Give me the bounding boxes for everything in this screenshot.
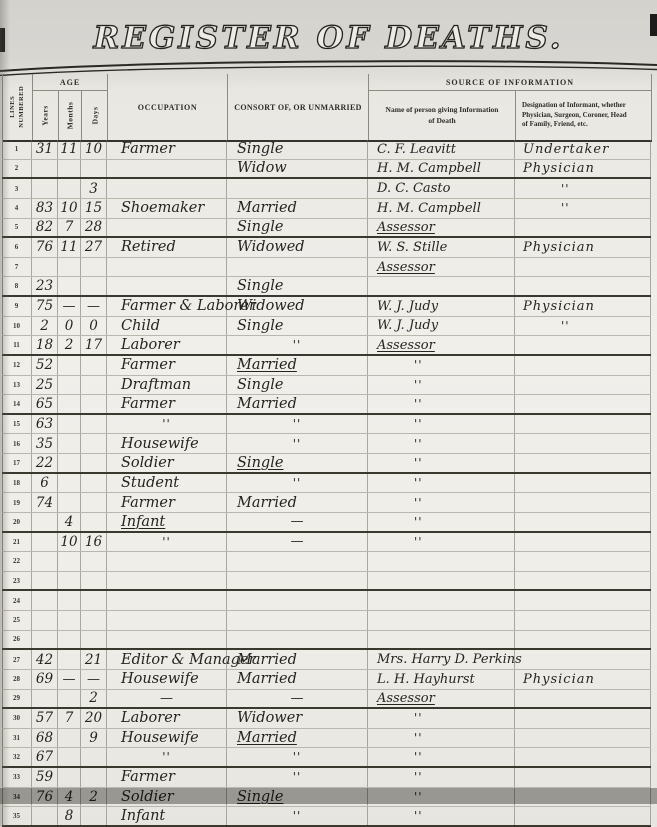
cell-informant: D. C. Casto	[368, 179, 515, 198]
cell-consort: Married	[227, 395, 368, 413]
cell-designation: ''	[515, 199, 651, 218]
cell-years: 83	[32, 199, 58, 218]
cell-years	[32, 179, 58, 198]
cell-days	[81, 552, 107, 571]
cell-years: 74	[32, 493, 58, 512]
column-header-years: Years	[33, 91, 59, 140]
cell-months	[58, 768, 81, 787]
cell-informant: W. J. Judy	[368, 317, 515, 336]
cell-designation	[515, 631, 651, 649]
line-number: 12	[2, 356, 32, 375]
cell-occupation: Soldier	[107, 788, 227, 807]
cell-months: 0	[58, 317, 81, 336]
cell-informant: ''	[368, 376, 515, 395]
cell-informant: ''	[368, 415, 515, 434]
column-header-months: Months	[59, 91, 82, 140]
cell-occupation: ''	[107, 748, 227, 766]
cell-years	[32, 513, 58, 531]
line-number: 14	[2, 395, 32, 413]
cell-consort: Married	[227, 199, 368, 218]
cell-occupation	[107, 552, 227, 571]
cell-informant: ''	[368, 493, 515, 512]
register-row-17: 1722SoldierSingle''	[2, 454, 651, 474]
column-header-days: Days	[82, 91, 108, 140]
cell-years: 35	[32, 434, 58, 453]
cell-months	[58, 395, 81, 413]
column-header-consort: CONSORT OF, OR UNMARRIED	[228, 74, 369, 140]
cell-occupation: Infant	[107, 513, 227, 531]
cell-years: 6	[32, 474, 58, 493]
register-row-29: 292——Assessor	[2, 690, 651, 710]
line-number: 10	[2, 317, 32, 336]
cell-consort: Married	[227, 670, 368, 689]
cell-months: 7	[58, 709, 81, 728]
line-number: 17	[2, 454, 32, 472]
cell-days: 3	[81, 179, 107, 198]
cell-consort: ''	[227, 434, 368, 453]
column-header-lines-numbered: LINES NUMBERED	[3, 74, 33, 140]
line-number: 34	[2, 788, 32, 807]
cell-occupation	[107, 631, 227, 649]
cell-occupation: Shoemaker	[107, 199, 227, 218]
cell-months	[58, 650, 81, 669]
cell-occupation: Editor & Manager	[107, 650, 227, 669]
cell-consort: Widower	[227, 709, 368, 728]
cell-consort	[227, 572, 368, 590]
line-number: 5	[2, 219, 32, 237]
cell-occupation: Farmer	[107, 356, 227, 375]
cell-consort: ''	[227, 336, 368, 354]
cell-informant	[368, 277, 515, 295]
cell-informant: ''	[368, 533, 515, 552]
cell-days	[81, 591, 107, 610]
cell-consort: Single	[227, 317, 368, 336]
cell-occupation: Housewife	[107, 729, 227, 748]
cell-informant: H. M. Campbell	[368, 199, 515, 218]
cell-months	[58, 160, 81, 178]
cell-days: 9	[81, 729, 107, 748]
cell-years: 82	[32, 219, 58, 237]
cell-informant: ''	[368, 454, 515, 472]
register-row-23: 23	[2, 572, 651, 592]
cell-informant: ''	[368, 395, 515, 413]
cell-days: 28	[81, 219, 107, 237]
register-row-4: 4831015ShoemakerMarriedH. M. Campbell''	[2, 199, 651, 219]
cell-months	[58, 729, 81, 748]
line-number: 33	[2, 768, 32, 787]
cell-months: 10	[58, 533, 81, 552]
cell-days: 2	[81, 788, 107, 807]
cell-consort: ''	[227, 807, 368, 825]
cell-consort: ''	[227, 768, 368, 787]
cell-days	[81, 376, 107, 395]
cell-days: 17	[81, 336, 107, 354]
cell-years	[32, 258, 58, 277]
cell-years: 67	[32, 748, 58, 766]
scan-artifact-mark-left	[0, 28, 5, 52]
register-row-25: 25	[2, 611, 651, 631]
cell-consort: Single	[227, 788, 368, 807]
double-rule	[0, 56, 657, 76]
lines-label-1: LINES	[9, 86, 18, 128]
cell-designation	[515, 415, 651, 434]
cell-consort: Single	[227, 219, 368, 237]
cell-informant: Assessor	[368, 690, 515, 708]
register-row-22: 22	[2, 552, 651, 572]
cell-informant	[368, 591, 515, 610]
register-row-1: 1311110FarmerSingleC. F. LeavittUndertak…	[2, 140, 651, 160]
cell-informant: ''	[368, 356, 515, 375]
cell-designation	[515, 434, 651, 453]
line-number: 22	[2, 552, 32, 571]
line-number: 2	[2, 160, 32, 178]
line-number: 21	[2, 533, 32, 552]
cell-years: 63	[32, 415, 58, 434]
cell-informant	[368, 611, 515, 630]
cell-occupation	[107, 572, 227, 590]
cell-informant: ''	[368, 729, 515, 748]
cell-designation: Undertaker	[515, 140, 651, 159]
cell-designation	[515, 277, 651, 295]
cell-designation	[515, 611, 651, 630]
cell-years: 31	[32, 140, 58, 159]
cell-years: 18	[32, 336, 58, 354]
line-number: 18	[2, 474, 32, 493]
line-number: 13	[2, 376, 32, 395]
cell-years	[32, 807, 58, 825]
cell-days	[81, 807, 107, 825]
line-number: 16	[2, 434, 32, 453]
cell-months	[58, 454, 81, 472]
cell-designation	[515, 493, 651, 512]
cell-designation	[515, 768, 651, 787]
register-row-9: 975——Farmer & LaborerWidowedW. J. JudyPh…	[2, 297, 651, 317]
cell-months	[58, 434, 81, 453]
cell-informant: ''	[368, 788, 515, 807]
cell-designation	[515, 807, 651, 825]
cell-occupation: Laborer	[107, 709, 227, 728]
cell-months	[58, 572, 81, 590]
cell-days	[81, 474, 107, 493]
cell-years: 59	[32, 768, 58, 787]
cell-designation	[515, 395, 651, 413]
register-row-12: 1252FarmerMarried''	[2, 356, 651, 376]
cell-informant: L. H. Hayhurst	[368, 670, 515, 689]
cell-months	[58, 631, 81, 649]
cell-days: 15	[81, 199, 107, 218]
cell-designation	[515, 336, 651, 354]
cell-days	[81, 631, 107, 649]
cell-days	[81, 277, 107, 295]
cell-months: 11	[58, 238, 81, 257]
register-row-6: 6761127RetiredWidowedW. S. StillePhysici…	[2, 238, 651, 258]
cell-years	[32, 631, 58, 649]
register-row-5: 582728SingleAssessor	[2, 219, 651, 239]
cell-consort: Married	[227, 729, 368, 748]
cell-months	[58, 552, 81, 571]
line-number: 7	[2, 258, 32, 277]
register-row-3: 33D. C. Casto''	[2, 179, 651, 199]
register-row-21: 211016''—''	[2, 533, 651, 553]
line-number: 29	[2, 690, 32, 708]
cell-informant: ''	[368, 434, 515, 453]
cell-years: 75	[32, 297, 58, 316]
cell-days	[81, 395, 107, 413]
cell-informant: Assessor	[368, 258, 515, 277]
line-number: 24	[2, 591, 32, 610]
cell-months	[58, 277, 81, 295]
cell-consort: Widow	[227, 160, 368, 178]
document-page: REGISTER OF DEATHS. LINES NUMBERED AGE Y…	[0, 0, 657, 827]
line-number: 23	[2, 572, 32, 590]
cell-consort: Single	[227, 376, 368, 395]
line-number: 20	[2, 513, 32, 531]
cell-years: 68	[32, 729, 58, 748]
cell-consort: Married	[227, 493, 368, 512]
cell-informant: H. M. Campbell	[368, 160, 515, 178]
cell-occupation: Child	[107, 317, 227, 336]
cell-years: 69	[32, 670, 58, 689]
line-number: 1	[2, 140, 32, 159]
cell-days: —	[81, 670, 107, 689]
line-number: 35	[2, 807, 32, 825]
cell-months	[58, 611, 81, 630]
line-number: 3	[2, 179, 32, 198]
cell-months	[58, 493, 81, 512]
cell-designation	[515, 690, 651, 708]
cell-occupation: Farmer	[107, 140, 227, 159]
cell-consort: Single	[227, 454, 368, 472]
line-number: 27	[2, 650, 32, 669]
cell-designation	[515, 591, 651, 610]
cell-years: 57	[32, 709, 58, 728]
cell-consort: ''	[227, 748, 368, 766]
line-number: 15	[2, 415, 32, 434]
lines-label-2: NUMBERED	[18, 86, 27, 128]
cell-days: 2	[81, 690, 107, 708]
register-row-26: 26	[2, 631, 651, 651]
cell-consort: Married	[227, 650, 368, 669]
line-number: 30	[2, 709, 32, 728]
cell-informant	[368, 552, 515, 571]
cell-occupation: Infant	[107, 807, 227, 825]
register-row-30: 3057720LaborerWidower''	[2, 709, 651, 729]
cell-designation: Physician	[515, 160, 651, 178]
cell-occupation: ''	[107, 533, 227, 552]
cell-years: 65	[32, 395, 58, 413]
cell-years	[32, 591, 58, 610]
line-number: 26	[2, 631, 32, 649]
register-row-34: 347642SoldierSingle''	[2, 788, 651, 808]
cell-months: —	[58, 670, 81, 689]
cell-months	[58, 690, 81, 708]
cell-years: 42	[32, 650, 58, 669]
cell-designation: ''	[515, 317, 651, 336]
cell-designation	[515, 474, 651, 493]
cell-occupation: Farmer & Laborer	[107, 297, 227, 316]
column-header-source: SOURCE OF INFORMATION	[369, 74, 652, 91]
cell-informant	[368, 631, 515, 649]
cell-days	[81, 258, 107, 277]
cell-occupation: Farmer	[107, 395, 227, 413]
cell-days: 20	[81, 709, 107, 728]
cell-designation	[515, 513, 651, 531]
cell-months	[58, 258, 81, 277]
cell-years: 76	[32, 788, 58, 807]
register-row-33: 3359Farmer''''	[2, 768, 651, 788]
cell-months: 2	[58, 336, 81, 354]
cell-designation: ''	[515, 179, 651, 198]
line-number: 19	[2, 493, 32, 512]
cell-informant: C. F. Leavitt	[368, 140, 515, 159]
register-row-10: 10200ChildSingleW. J. Judy''	[2, 317, 651, 337]
cell-days: 27	[81, 238, 107, 257]
cell-days: 0	[81, 317, 107, 336]
cell-designation	[515, 356, 651, 375]
cell-informant: W. J. Judy	[368, 297, 515, 316]
line-number: 4	[2, 199, 32, 218]
cell-days: 10	[81, 140, 107, 159]
cell-designation: Physician	[515, 670, 651, 689]
cell-consort: Widowed	[227, 238, 368, 257]
register-row-14: 1465FarmerMarried''	[2, 395, 651, 415]
cell-months	[58, 179, 81, 198]
cell-days	[81, 513, 107, 531]
cell-days	[81, 434, 107, 453]
cell-designation	[515, 219, 651, 237]
register-row-31: 31689HousewifeMarried''	[2, 729, 651, 749]
page-title: REGISTER OF DEATHS.	[0, 20, 657, 56]
cell-informant: Mrs. Harry D. Perkins	[368, 650, 515, 669]
register-row-27: 274221Editor & ManagerMarriedMrs. Harry …	[2, 650, 651, 670]
cell-months: 4	[58, 788, 81, 807]
cell-designation	[515, 748, 651, 766]
cell-occupation: Laborer	[107, 336, 227, 354]
cell-informant	[368, 572, 515, 590]
cell-occupation: Farmer	[107, 768, 227, 787]
cell-days	[81, 611, 107, 630]
cell-informant: ''	[368, 748, 515, 766]
cell-occupation: Draftman	[107, 376, 227, 395]
cell-months	[58, 376, 81, 395]
register-row-8: 823Single	[2, 277, 651, 297]
register-row-20: 204Infant—''	[2, 513, 651, 533]
cell-days: 21	[81, 650, 107, 669]
column-header-designation: Designation of Informant, whether Physic…	[516, 91, 652, 140]
cell-years	[32, 552, 58, 571]
cell-occupation	[107, 611, 227, 630]
register-row-16: 1635Housewife''''	[2, 434, 651, 454]
cell-years: 52	[32, 356, 58, 375]
register-row-28: 2869——HousewifeMarriedL. H. HayhurstPhys…	[2, 670, 651, 690]
column-header-informant-name: Name of person giving Information of Dea…	[369, 91, 516, 140]
cell-consort	[227, 258, 368, 277]
cell-designation	[515, 572, 651, 590]
line-number: 32	[2, 748, 32, 766]
cell-consort: —	[227, 533, 368, 552]
line-number: 9	[2, 297, 32, 316]
cell-days	[81, 415, 107, 434]
cell-months	[58, 591, 81, 610]
line-number: 31	[2, 729, 32, 748]
cell-months: 4	[58, 513, 81, 531]
cell-designation: Physician	[515, 238, 651, 257]
cell-designation	[515, 788, 651, 807]
cell-occupation: Retired	[107, 238, 227, 257]
cell-consort: ''	[227, 474, 368, 493]
cell-days	[81, 493, 107, 512]
cell-years	[32, 611, 58, 630]
cell-consort: Single	[227, 277, 368, 295]
cell-days: 16	[81, 533, 107, 552]
cell-months	[58, 356, 81, 375]
cell-days	[81, 454, 107, 472]
cell-occupation	[107, 277, 227, 295]
cell-consort	[227, 179, 368, 198]
cell-months: 7	[58, 219, 81, 237]
register-row-35: 358Infant''''	[2, 807, 651, 827]
cell-informant: W. S. Stille	[368, 238, 515, 257]
cell-informant: ''	[368, 768, 515, 787]
cell-months: —	[58, 297, 81, 316]
cell-consort: Married	[227, 356, 368, 375]
cell-informant: ''	[368, 709, 515, 728]
cell-years	[32, 690, 58, 708]
cell-designation	[515, 454, 651, 472]
cell-designation	[515, 709, 651, 728]
cell-years: 2	[32, 317, 58, 336]
cell-months	[58, 748, 81, 766]
cell-designation	[515, 552, 651, 571]
cell-months: 8	[58, 807, 81, 825]
cell-occupation: ''	[107, 415, 227, 434]
register-row-24: 24	[2, 591, 651, 611]
cell-years	[32, 533, 58, 552]
register-row-19: 1974FarmerMarried''	[2, 493, 651, 513]
cell-consort	[227, 631, 368, 649]
cell-days	[81, 572, 107, 590]
cell-days	[81, 768, 107, 787]
cell-months: 10	[58, 199, 81, 218]
cell-days	[81, 748, 107, 766]
cell-occupation	[107, 160, 227, 178]
cell-years	[32, 572, 58, 590]
cell-informant: ''	[368, 474, 515, 493]
register-rows: 1311110FarmerSingleC. F. LeavittUndertak…	[2, 140, 651, 827]
cell-informant: ''	[368, 807, 515, 825]
cell-days	[81, 356, 107, 375]
cell-consort: —	[227, 513, 368, 531]
cell-designation: Physician	[515, 297, 651, 316]
register-row-11: 1118217Laborer''Assessor	[2, 336, 651, 356]
cell-months	[58, 415, 81, 434]
cell-designation	[515, 258, 651, 277]
cell-consort: Single	[227, 140, 368, 159]
register-row-7: 7Assessor	[2, 258, 651, 278]
cell-consort: Widowed	[227, 297, 368, 316]
cell-occupation: Student	[107, 474, 227, 493]
cell-months: 11	[58, 140, 81, 159]
cell-consort	[227, 591, 368, 610]
cell-designation	[515, 729, 651, 748]
cell-designation	[515, 650, 651, 669]
line-number: 25	[2, 611, 32, 630]
register-row-2: 2WidowH. M. CampbellPhysician	[2, 160, 651, 180]
cell-informant: Assessor	[368, 219, 515, 237]
cell-days	[81, 160, 107, 178]
register-row-18: 186Student''''	[2, 474, 651, 494]
line-number: 11	[2, 336, 32, 354]
